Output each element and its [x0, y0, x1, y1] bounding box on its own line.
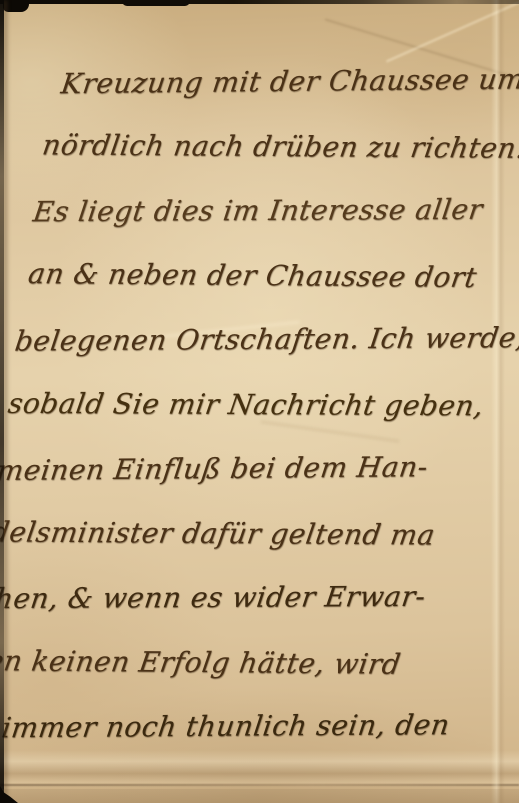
scan-edge-top-notch [122, 0, 190, 6]
handwriting-line-5: belegenen Ortschaften. Ich werde, [11, 306, 477, 374]
handwriting-line-7: meinen Einfluß bei dem Han- [0, 435, 459, 503]
scan-edge-top [0, 0, 519, 4]
letter-scan: Kreuzung mit der Chaussee um nördlich na… [0, 0, 519, 803]
handwriting-line-6: sobald Sie mir Nachricht geben, [2, 371, 468, 438]
handwriting-line-11: es immer noch thunlich sein, den [0, 693, 422, 761]
handwriting-line-2: nördlich nach drüben zu richten. [38, 113, 504, 181]
handwriting-line-10: ten keinen Erfolg hätte, wird [0, 629, 431, 697]
handwriting-line-3: Es liegt dies im Interesse aller [29, 178, 495, 245]
scan-corner-bottom-left [0, 786, 18, 803]
scan-edge-top-left-blob [3, 0, 29, 12]
paper-fold-bottom-line [0, 784, 519, 786]
scan-shadow-bottom [0, 789, 519, 803]
handwriting-line-4: an & neben der Chaussee dort [20, 242, 486, 310]
handwritten-text-block: Kreuzung mit der Chaussee um nördlich na… [0, 50, 513, 760]
handwriting-line-1: Kreuzung mit der Chaussee um [47, 48, 513, 117]
handwriting-line-9: chen, & wenn es wider Erwar- [0, 565, 440, 632]
handwriting-line-8: delsminister dafür geltend ma [0, 500, 450, 568]
